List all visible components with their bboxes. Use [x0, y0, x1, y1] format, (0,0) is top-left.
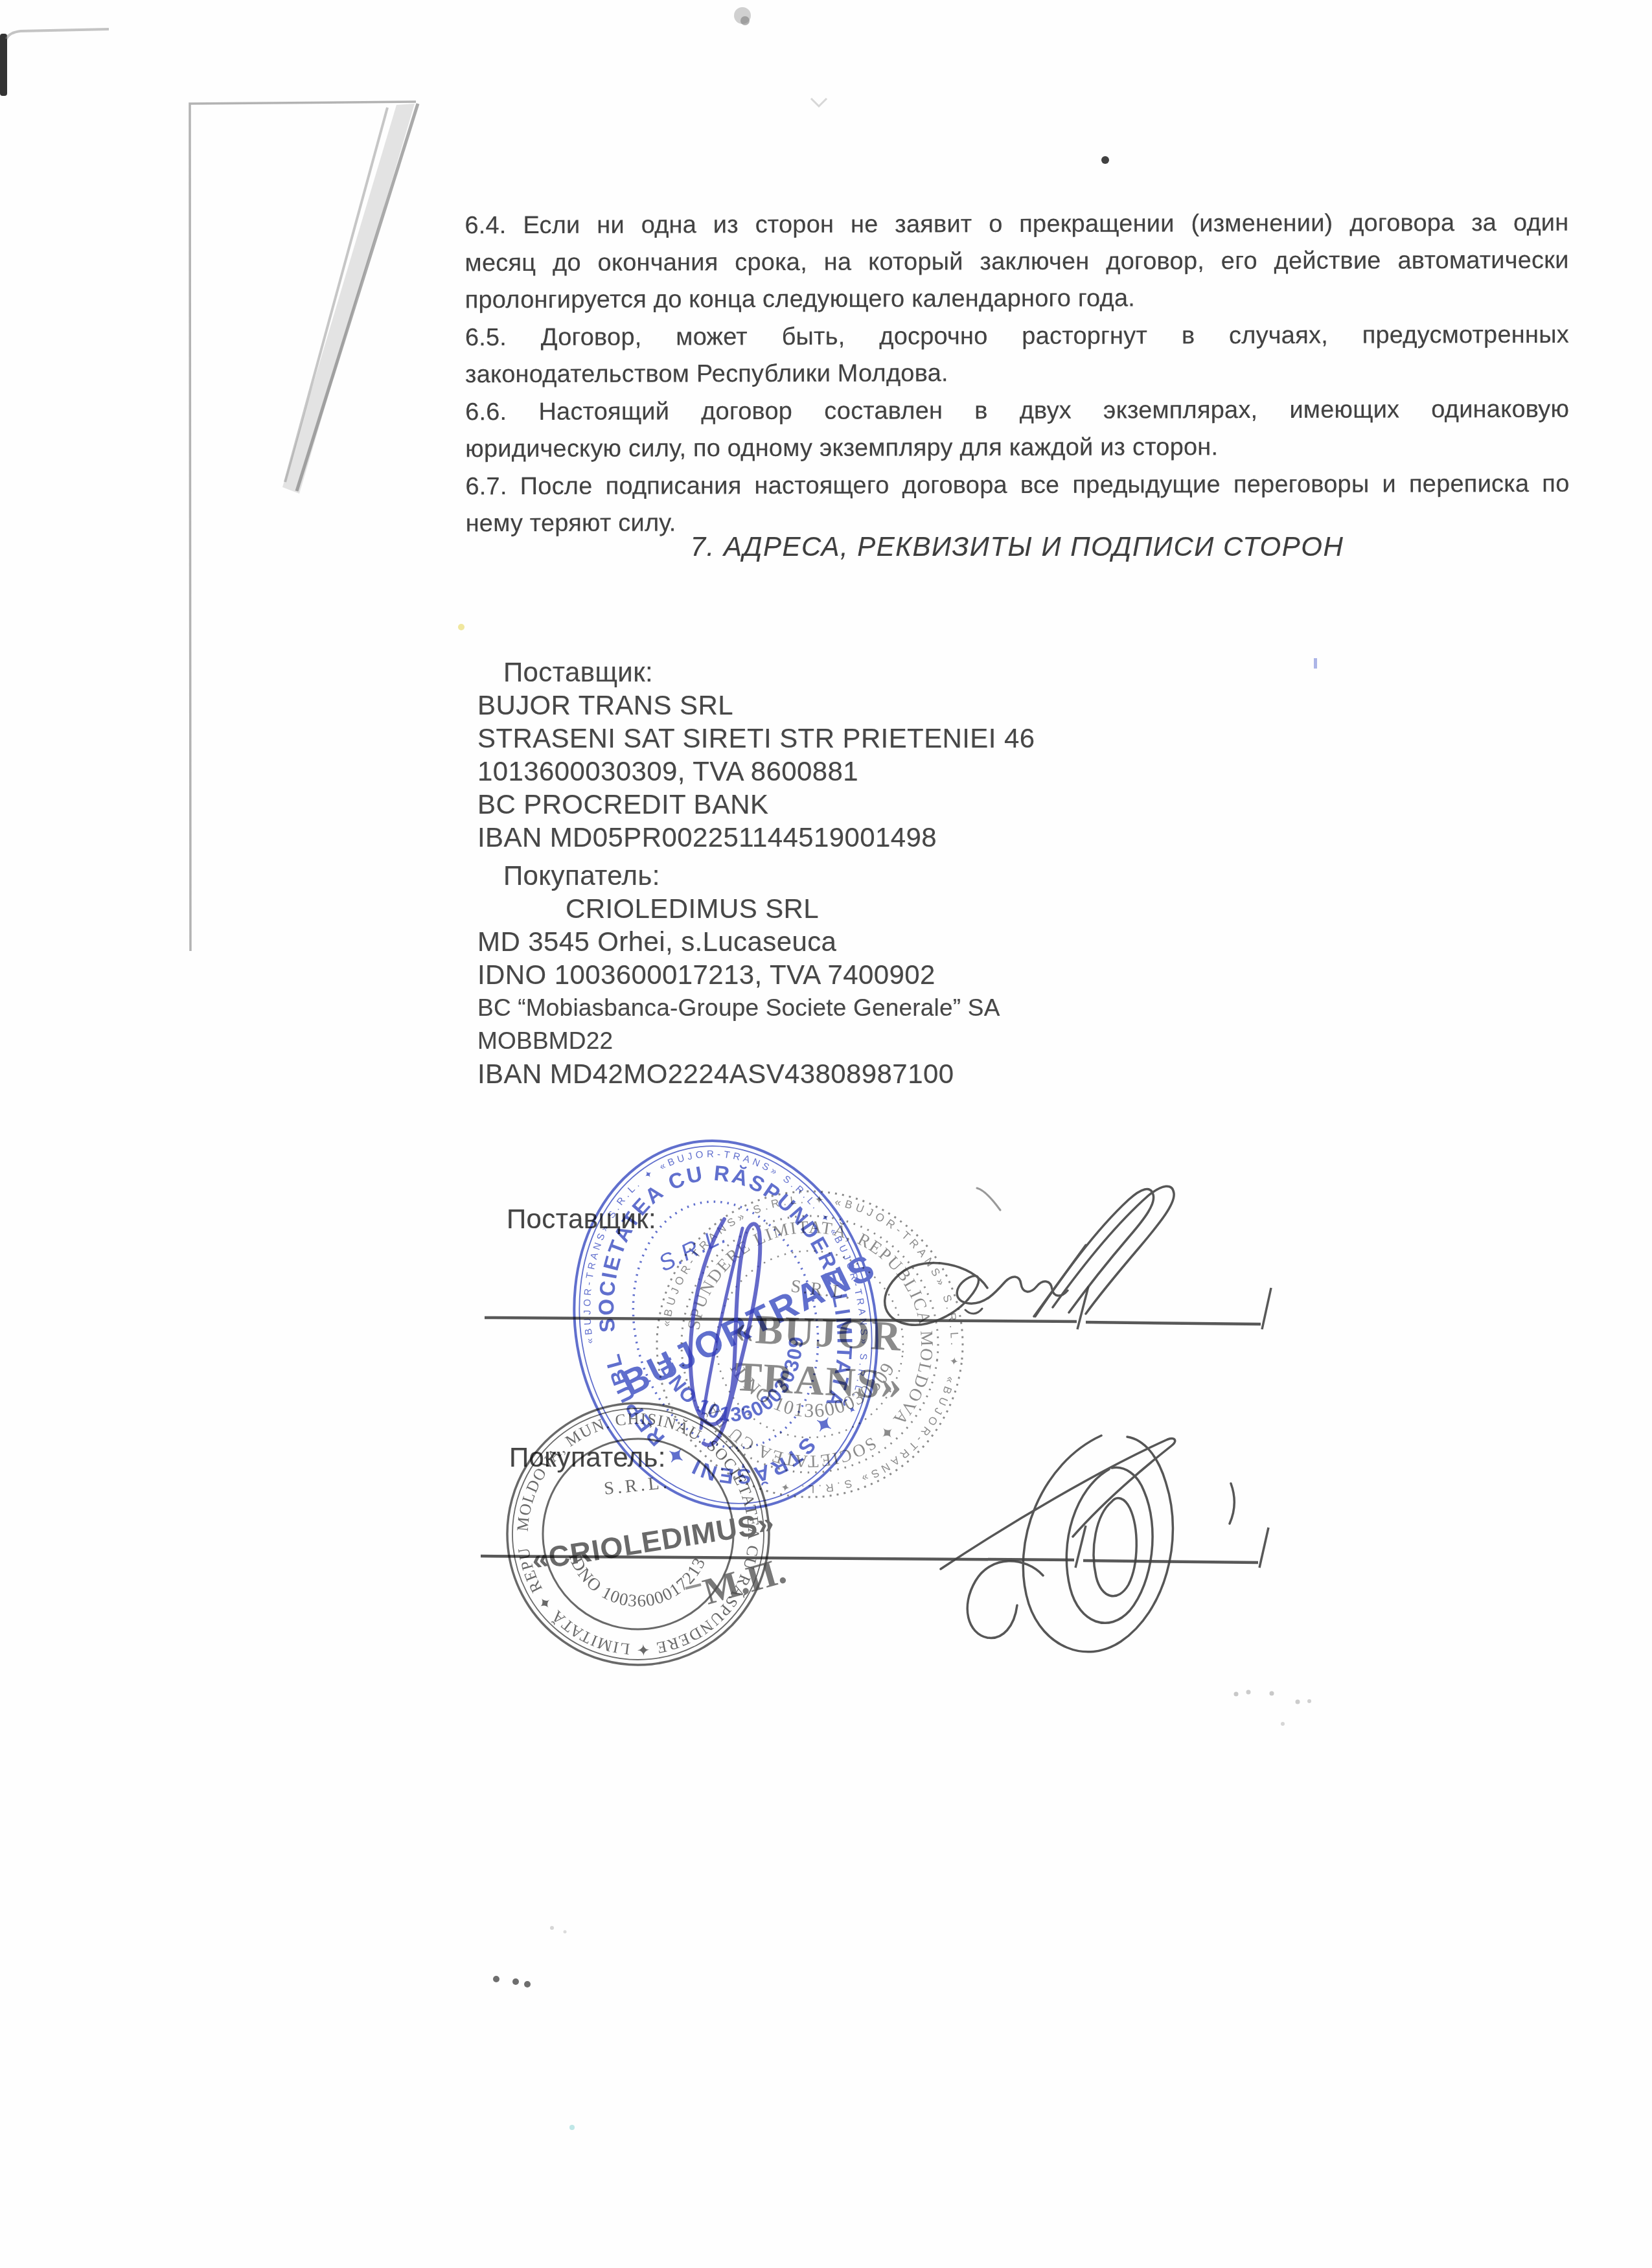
page-fold-artifact — [190, 102, 418, 951]
crioledimus-stamp: MOLDOVA, MUN. CHIȘINĂU. SOCIETATEA CU RĂ… — [0, 0, 788, 1732]
buyer-signature — [941, 1436, 1234, 1652]
crioledimus-ring-text: MOLDOVA, MUN. CHIȘINĂU. SOCIETATEA CU RĂ… — [0, 0, 774, 1724]
crioledimus-srl-text: S.R.L. — [603, 1472, 671, 1499]
scan-specks — [458, 7, 1317, 2130]
gray-stamp-name-line1: «BUJOR — [732, 1305, 903, 1360]
scan-edge-artifact — [0, 29, 109, 96]
scanned-contract-page: 6.4. Если ни одна из сторон не заявит о … — [0, 0, 1652, 2268]
stamps-and-signatures-layer: «BUJOR-TRANS» S.R.L. ✦ «BUJOR-TRANS» S.R… — [0, 0, 1652, 2268]
